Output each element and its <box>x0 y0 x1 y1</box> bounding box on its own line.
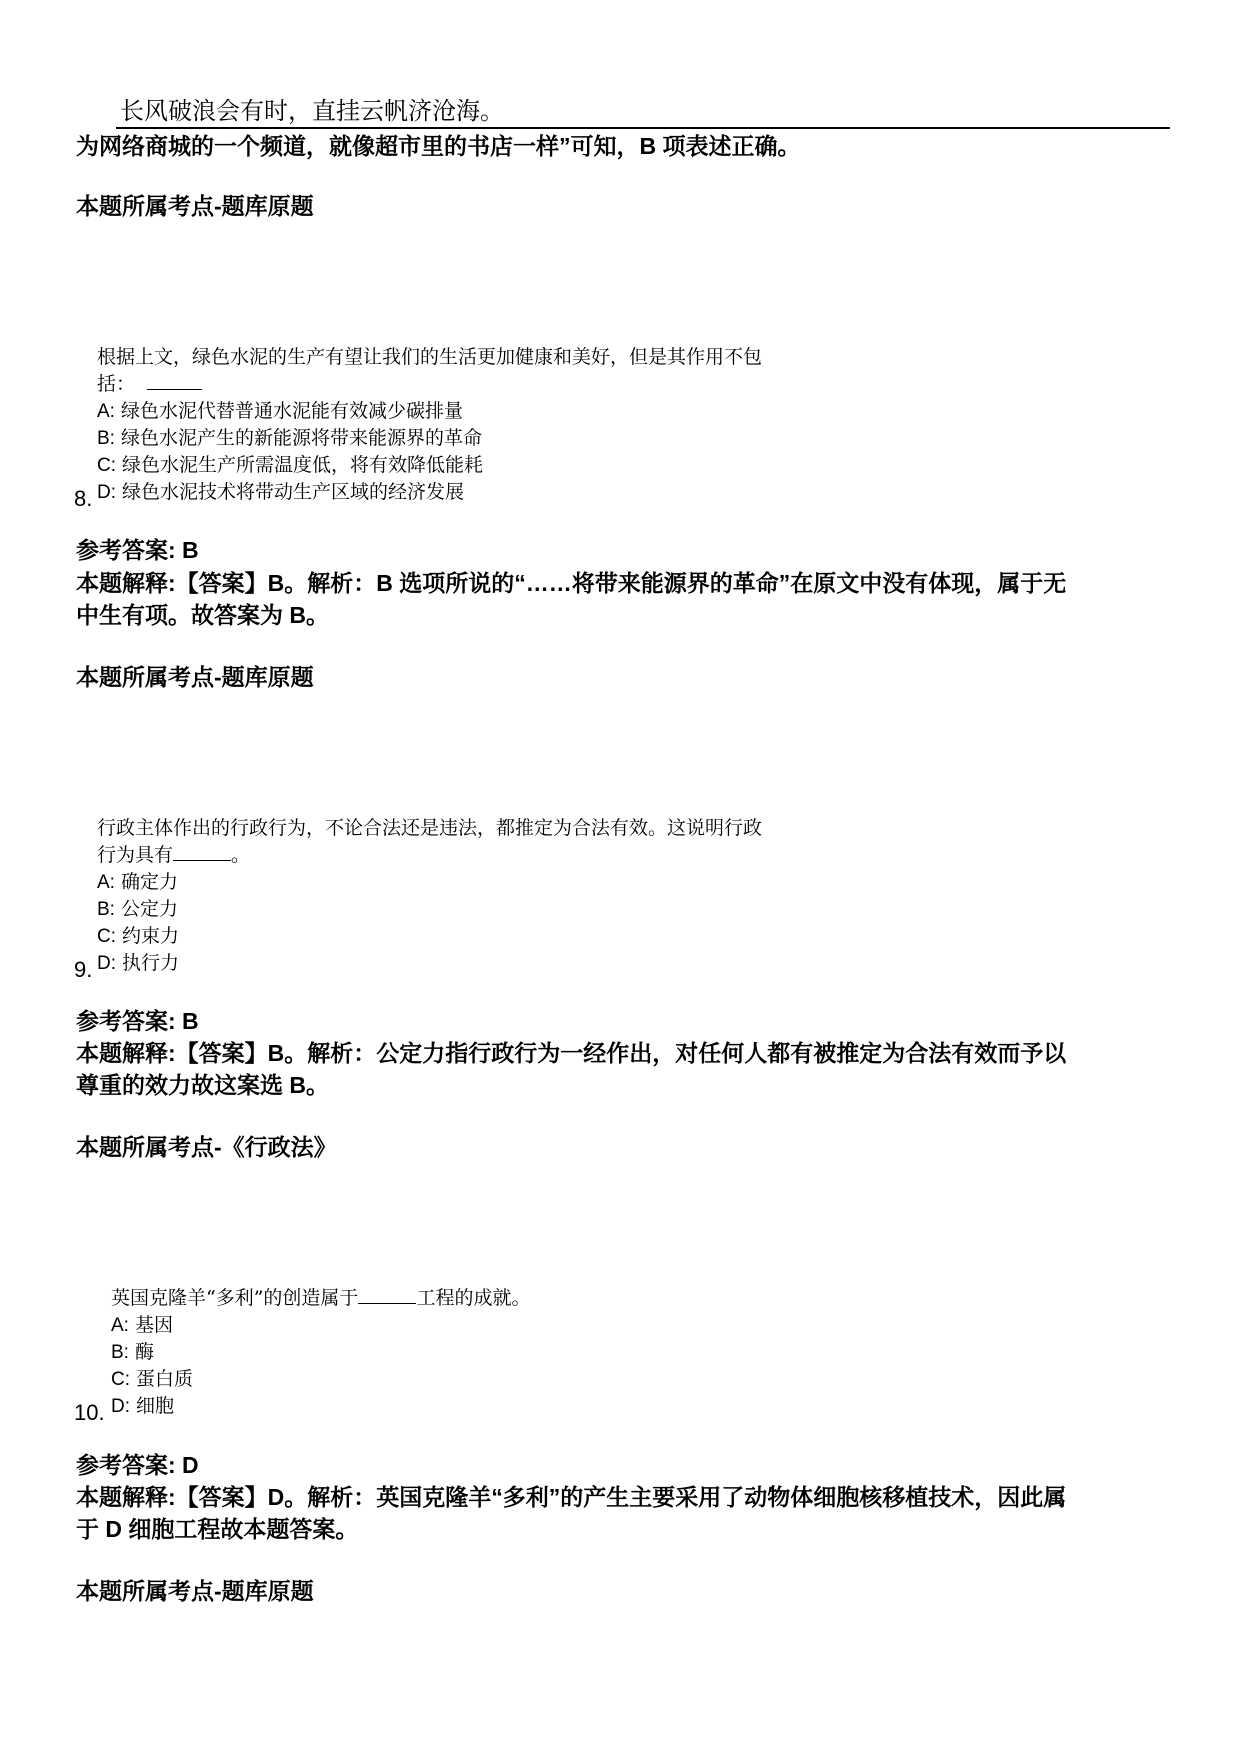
option-d: D: 细胞 <box>111 1392 174 1421</box>
question-stem: 根据上文，绿色水泥的生产有望让我们的生活更加健康和美好，但是其作用不包 <box>97 343 762 371</box>
option-label: B: <box>97 899 115 920</box>
option-b: B: 绿色水泥产生的新能源将带来能源界的革命 <box>97 424 482 453</box>
answer-blank <box>173 842 231 861</box>
option-label: C: <box>111 1369 130 1390</box>
topic: 本题所属考点-题库原题 <box>76 661 314 693</box>
option-text: 绿色水泥生产所需温度低，将有效降低能耗 <box>122 454 483 476</box>
question-stem-text: 工程的成就。 <box>416 1287 530 1309</box>
option-label: A: <box>97 401 115 422</box>
option-b: B: 公定力 <box>97 895 178 924</box>
question-stem-line2: 括： <box>97 370 202 398</box>
answer-blank <box>147 371 202 390</box>
question-stem-line2: 行为具有。 <box>97 841 250 869</box>
option-label: C: <box>97 455 116 476</box>
question-stem: 英国克隆羊“多利”的创造属于工程的成就。 <box>111 1284 530 1312</box>
option-a: A: 基因 <box>111 1311 173 1340</box>
explanation-cont: 于 D 细胞工程故本题答案。 <box>76 1513 358 1545</box>
option-label: D: <box>97 953 116 974</box>
option-d: D: 绿色水泥技术将带动生产区域的经济发展 <box>97 478 464 507</box>
question-number: 8. <box>74 486 92 512</box>
option-text: 蛋白质 <box>136 1368 193 1390</box>
option-text: 确定力 <box>121 871 178 893</box>
option-label: D: <box>97 482 116 503</box>
question-number: 10. <box>74 1400 105 1426</box>
header-divider <box>116 127 1170 129</box>
answer-blank <box>358 1285 416 1304</box>
option-a: A: 确定力 <box>97 868 178 897</box>
explanation-cont: 中生有项。故答案为 B。 <box>76 599 329 631</box>
option-text: 绿色水泥产生的新能源将带来能源界的革命 <box>121 427 482 449</box>
option-c: C: 绿色水泥生产所需温度低，将有效降低能耗 <box>97 451 483 480</box>
option-label: A: <box>97 872 115 893</box>
option-label: B: <box>111 1342 129 1363</box>
explanation: 本题解释:【答案】D。解析：英国克隆羊“多利”的产生主要采用了动物体细胞核移植技… <box>76 1481 1066 1513</box>
option-a: A: 绿色水泥代替普通水泥能有效减少碳排量 <box>97 397 463 426</box>
option-text: 绿色水泥代替普通水泥能有效减少碳排量 <box>121 400 463 422</box>
option-text: 酶 <box>135 1341 154 1363</box>
explanation-cont: 尊重的效力故这案选 B。 <box>76 1069 329 1101</box>
topic: 本题所属考点-题库原题 <box>76 1575 314 1607</box>
option-text: 基因 <box>135 1314 173 1336</box>
option-c: C: 蛋白质 <box>111 1365 193 1394</box>
reference-answer: 参考答案: B <box>76 1005 199 1037</box>
option-text: 执行力 <box>122 952 179 974</box>
question-stem-text: 行为具有 <box>97 844 173 866</box>
question-stem: 行政主体作出的行政行为，不论合法还是违法，都推定为合法有效。这说明行政 <box>97 814 762 842</box>
option-text: 公定力 <box>121 898 178 920</box>
reference-answer: 参考答案: D <box>76 1449 199 1481</box>
question-stem-text: 英国克隆羊“多利”的创造属于 <box>111 1287 358 1309</box>
question-number: 9. <box>74 957 92 983</box>
explanation: 本题解释:【答案】B。解析：公定力指行政行为一经作出，对任何人都有被推定为合法有… <box>76 1037 1066 1069</box>
header-motto: 长风破浪会有时，直挂云帆济沧海。 <box>120 96 504 126</box>
explanation: 本题解释:【答案】B。解析：B 选项所说的“……将带来能源界的革命”在原文中没有… <box>76 567 1066 599</box>
option-b: B: 酶 <box>111 1338 154 1367</box>
option-text: 细胞 <box>136 1395 174 1417</box>
option-label: D: <box>111 1396 130 1417</box>
option-text: 约束力 <box>122 925 179 947</box>
prev-explanation-tail: 为网络商城的一个频道，就像超市里的书店一样”可知，B 项表述正确。 <box>76 130 801 162</box>
option-c: C: 约束力 <box>97 922 179 951</box>
topic: 本题所属考点-《行政法》 <box>76 1131 337 1163</box>
option-label: B: <box>97 428 115 449</box>
reference-answer: 参考答案: B <box>76 534 199 566</box>
option-d: D: 执行力 <box>97 949 179 978</box>
question-stem-text: 。 <box>231 844 250 866</box>
prev-topic: 本题所属考点-题库原题 <box>76 190 314 222</box>
option-text: 绿色水泥技术将带动生产区域的经济发展 <box>122 481 464 503</box>
question-stem-text: 括： <box>97 373 135 395</box>
option-label: A: <box>111 1315 129 1336</box>
option-label: C: <box>97 926 116 947</box>
